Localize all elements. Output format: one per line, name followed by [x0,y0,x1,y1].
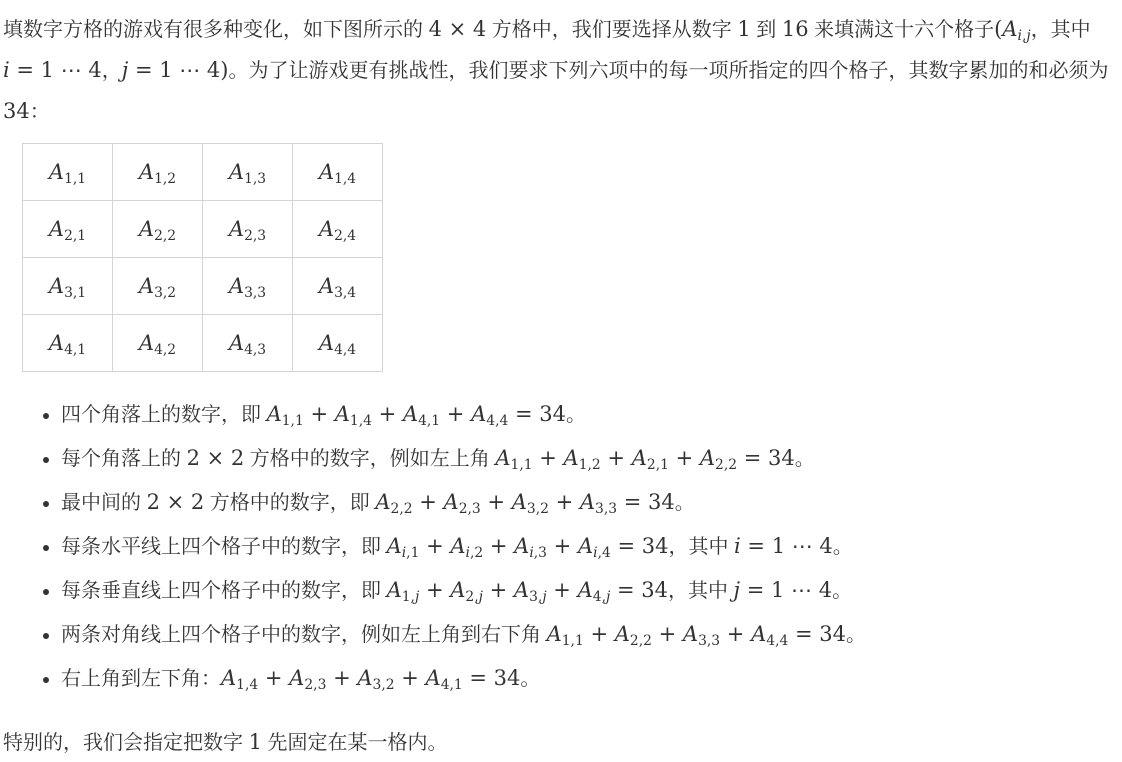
rule-item: 两条对角线上四个格子中的数字，例如左上角到右下角 A1,1 + A2,2 + A… [61,613,1116,657]
math-expression: 1 [249,730,262,754]
grid-cell: A2,2 [113,201,203,258]
math-expression: A1,1 + A1,2 + A2,1 + A2,2 = 34 [495,446,794,470]
document-page: 填数字方格的游戏有很多种变化，如下图所示的 4 × 4 方格中，我们要选择从数字… [0,0,1122,762]
rules-list: 四个角落上的数字，即 A1,1 + A1,4 + A4,1 + A4,4 = 3… [3,393,1116,701]
math-expression: A4,4 [319,331,356,355]
grid-cell: A2,4 [293,201,383,258]
math-expression: A1,1 + A2,2 + A3,3 + A4,4 = 34 [547,622,846,646]
grid-cell: A2,3 [203,201,293,258]
grid-cell: A3,2 [113,258,203,315]
math-expression: 1 [737,17,750,41]
grid-cell: A4,4 [293,315,383,372]
math-expression: A1,3 [229,160,266,184]
math-expression: 16 [782,17,809,41]
grid-cell: A3,3 [203,258,293,315]
rule-item: 最中间的 2 × 2 方格中的数字，即 A2,2 + A2,3 + A3,2 +… [61,481,1116,525]
math-expression: A1,2 [139,160,176,184]
grid-row: A3,1A3,2A3,3A3,4 [23,258,383,315]
math-expression: A2,3 [229,217,266,241]
math-expression: j = 1 ⋯ 4) [122,58,229,82]
math-expression: A1,j + A2,j + A3,j + A4,j = 34 [387,578,668,602]
math-expression: 4 × 4 [429,17,487,41]
math-expression: A3,3 [229,274,266,298]
math-expression: A3,4 [319,274,356,298]
grid-table-body: A1,1A1,2A1,3A1,4A2,1A2,2A2,3A2,4A3,1A3,2… [23,144,383,372]
grid-cell: A1,4 [293,144,383,201]
math-expression: A4,2 [139,331,176,355]
rule-item: 右上角到左下角：A1,4 + A2,3 + A3,2 + A4,1 = 34。 [61,657,1116,701]
math-expression: 34 [3,99,30,123]
math-expression: 2 × 2 [147,490,205,514]
grid-table: A1,1A1,2A1,3A1,4A2,1A2,2A2,3A2,4A3,1A3,2… [22,143,383,372]
rule-item: 每条水平线上四个格子中的数字，即 Ai,1 + Ai,2 + Ai,3 + Ai… [61,525,1116,569]
math-expression: A1,4 + A2,3 + A3,2 + A4,1 = 34 [221,666,520,690]
grid-cell: A2,1 [23,201,113,258]
rule-item: 四个角落上的数字，即 A1,1 + A1,4 + A4,1 + A4,4 = 3… [61,393,1116,437]
grid-row: A2,1A2,2A2,3A2,4 [23,201,383,258]
math-expression: i = 1 ⋯ 4 [3,58,102,82]
math-expression: i = 1 ⋯ 4 [734,534,833,558]
math-expression: j = 1 ⋯ 4 [734,578,833,602]
math-expression: A3,2 [139,274,176,298]
grid-cell: A1,2 [113,144,203,201]
math-expression: A4,3 [229,331,266,355]
math-expression: A2,2 + A2,3 + A3,2 + A3,3 = 34 [375,490,674,514]
grid-cell: A3,4 [293,258,383,315]
grid-cell: A4,3 [203,315,293,372]
math-expression: 2 × 2 [187,446,245,470]
intro-paragraph: 填数字方格的游戏有很多种变化，如下图所示的 4 × 4 方格中，我们要选择从数字… [3,9,1116,132]
math-expression: A3,1 [49,274,86,298]
math-expression: Ai,1 + Ai,2 + Ai,3 + Ai,4 = 34 [387,534,669,558]
grid-cell: A1,1 [23,144,113,201]
grid-cell: A3,1 [23,258,113,315]
math-expression: A2,2 [139,217,176,241]
grid-cell: A1,3 [203,144,293,201]
grid-cell: A4,2 [113,315,203,372]
math-expression: (Ai,j [994,17,1031,41]
grid-cell: A4,1 [23,315,113,372]
math-expression: A1,1 + A1,4 + A4,1 + A4,4 = 34 [267,402,566,426]
math-expression: A1,4 [319,160,356,184]
rule-item: 每条垂直线上四个格子中的数字，即 A1,j + A2,j + A3,j + A4… [61,569,1116,613]
grid-row: A4,1A4,2A4,3A4,4 [23,315,383,372]
math-expression: A1,1 [49,160,86,184]
math-expression: A4,1 [49,331,86,355]
rule-item: 每个角落上的 2 × 2 方格中的数字，例如左上角 A1,1 + A1,2 + … [61,437,1116,481]
footer-paragraph: 特别的，我们会指定把数字 1 先固定在某一格内。 [3,722,1116,762]
math-expression: A2,1 [49,217,86,241]
math-expression: A2,4 [319,217,356,241]
grid-row: A1,1A1,2A1,3A1,4 [23,144,383,201]
